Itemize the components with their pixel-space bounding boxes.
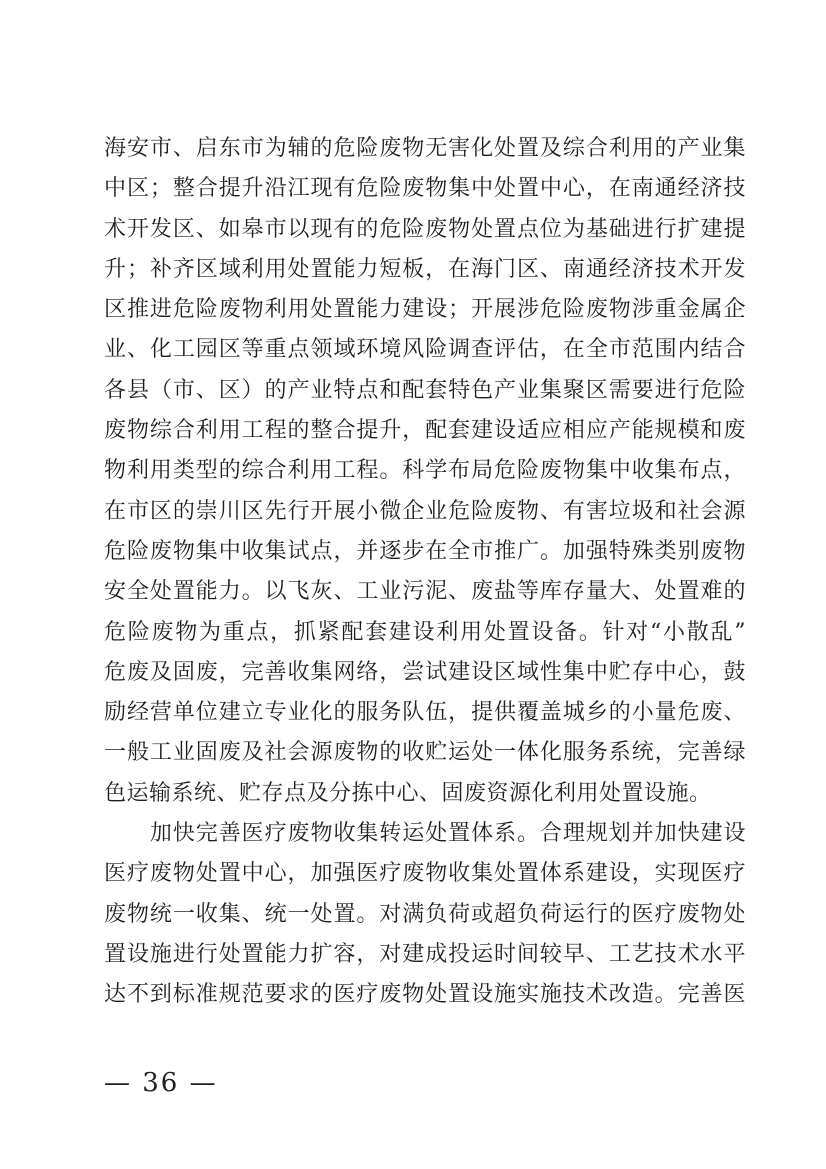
text-line: 海安市、启东市为辅的危险废物无害化处置及综合利用的产业集 (104, 129, 746, 169)
text-line: 一般工业固废及社会源废物的收贮运处一体化服务系统，完善绿 (104, 733, 746, 773)
text-line: 物利用类型的综合利用工程。科学布局危险废物集中收集布点， (104, 451, 746, 491)
text-line: 达不到标准规范要求的医疗废物处置设施实施技术改造。完善医 (104, 975, 746, 1015)
text-line: 废物综合利用工程的整合提升，配套建设适应相应产能规模和废 (104, 411, 746, 451)
text-line: 励经营单位建立专业化的服务队伍，提供覆盖城乡的小量危废、 (104, 693, 746, 733)
text-line: 区推进危险废物利用处置能力建设；开展涉危险废物涉重金属企 (104, 290, 746, 330)
text-line: 各县（市、区）的产业特点和配套特色产业集聚区需要进行危险 (104, 371, 746, 411)
text-line: 业、化工园区等重点领域环境风险调查评估，在全市范围内结合 (104, 330, 746, 370)
text-line: 术开发区、如皋市以现有的危险废物处置点位为基础进行扩建提 (104, 210, 746, 250)
text-line: 在市区的崇川区先行开展小微企业危险废物、有害垃圾和社会源 (104, 492, 746, 532)
text-line: 危废及固废，完善收集网络，尝试建设区域性集中贮存中心，鼓 (104, 653, 746, 693)
text-line: 安全处置能力。以飞灰、工业污泥、废盐等库存量大、处置难的 (104, 572, 746, 612)
text-line: 废物统一收集、统一处置。对满负荷或超负荷运行的医疗废物处 (104, 895, 746, 935)
text-line: 升；补齐区域利用处置能力短板，在海门区、南通经济技术开发 (104, 250, 746, 290)
text-line: 危险废物为重点，抓紧配套建设利用处置设备。针对“小散乱” (104, 613, 746, 653)
text-line: 危险废物集中收集试点，并逐步在全市推广。加强特殊类别废物 (104, 532, 746, 572)
text-line: 置设施进行处置能力扩容，对建成投运时间较早、工艺技术水平 (104, 935, 746, 975)
text-line: 色运输系统、贮存点及分拣中心、固废资源化利用处置设施。 (104, 774, 746, 814)
page-number: — 36 — (104, 1068, 218, 1098)
document-body: 海安市、启东市为辅的危险废物无害化处置及综合利用的产业集中区；整合提升沿江现有危… (104, 129, 746, 1016)
text-line: 加快完善医疗废物收集转运处置体系。合理规划并加快建设 (104, 814, 746, 854)
text-line: 医疗废物处置中心，加强医疗废物收集处置体系建设，实现医疗 (104, 854, 746, 894)
text-line: 中区；整合提升沿江现有危险废物集中处置中心，在南通经济技 (104, 169, 746, 209)
page-footer: — 36 — (104, 1067, 218, 1099)
document-page: 海安市、启东市为辅的危险废物无害化处置及综合利用的产业集中区；整合提升沿江现有危… (0, 0, 826, 1169)
